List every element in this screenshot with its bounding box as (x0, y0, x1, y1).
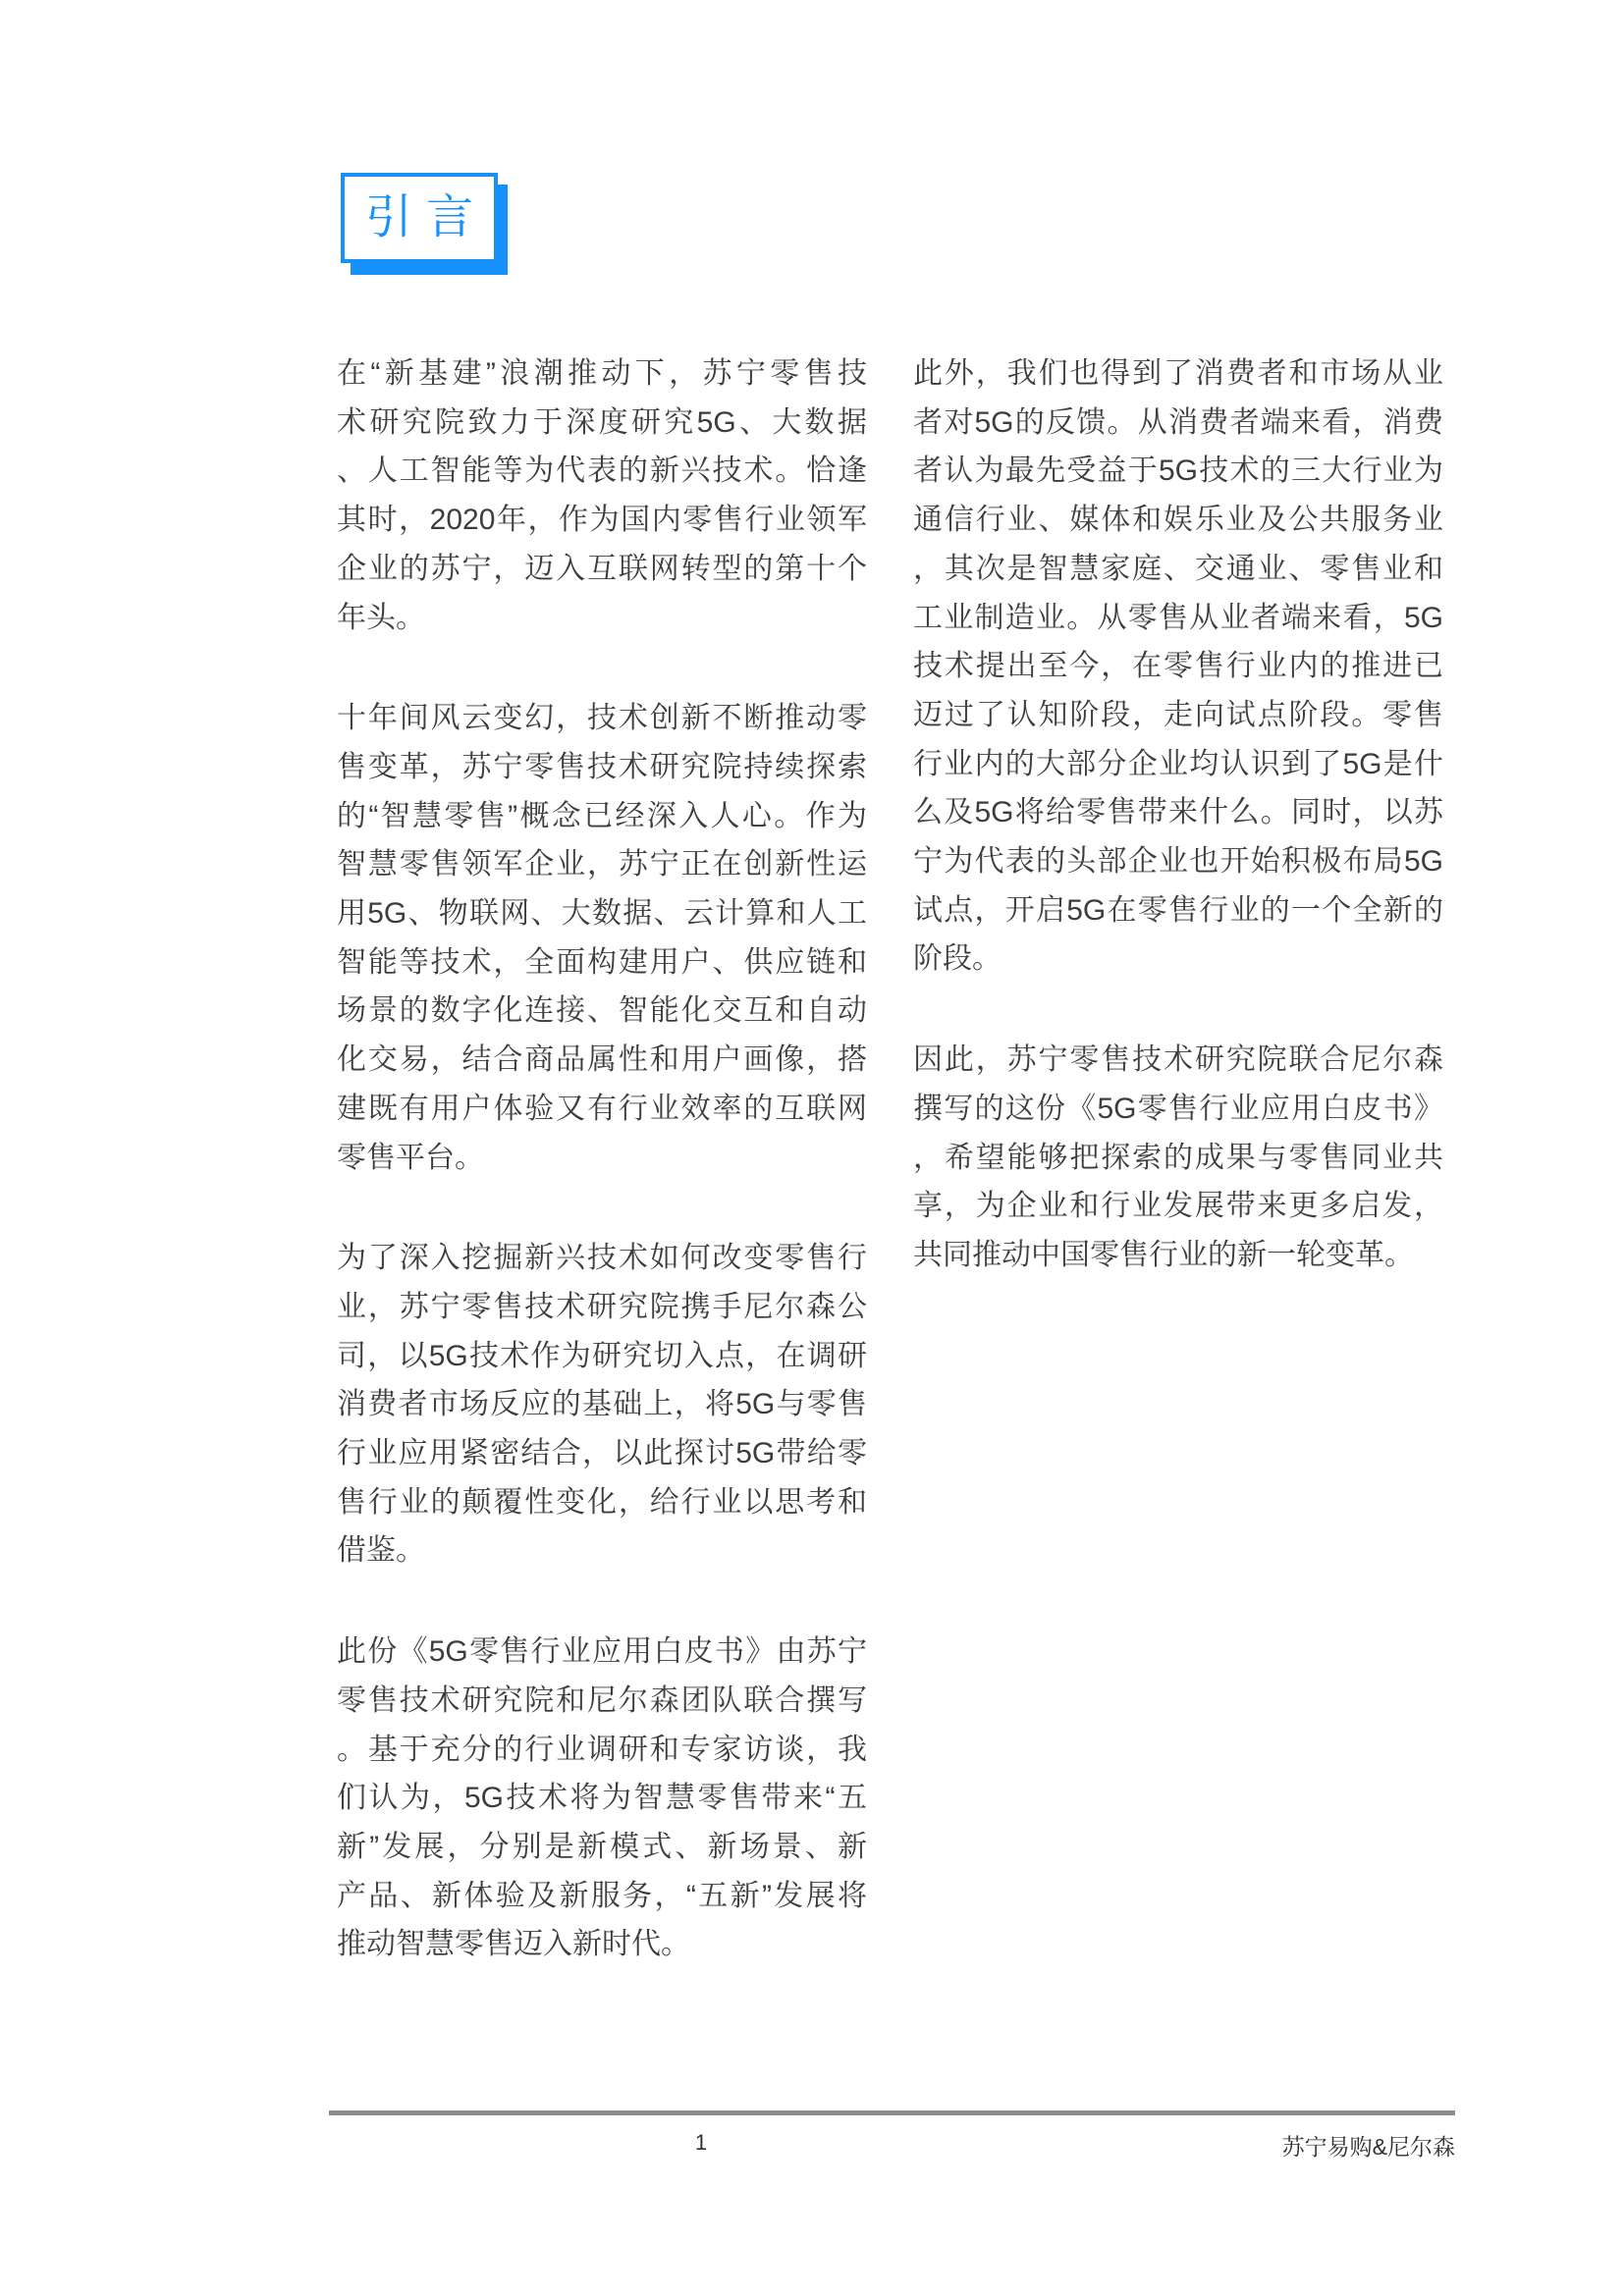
text-line: 行业内的大部分企业均认识到了5G是什 (913, 740, 1443, 789)
text-line: 们认为，5G技术将为智慧零售带来“五 (337, 1774, 867, 1823)
text-line: 为了深入挖掘新兴技术如何改变零售行 (337, 1234, 867, 1283)
paragraph: 在“新基建”浪潮推动下，苏宁零售技术研究院致力于深度研究5G、大数据、人工智能等… (337, 349, 867, 642)
title-box: 引言 (341, 173, 498, 263)
text-line: 撰写的这份《5G零售行业应用白皮书》 (913, 1085, 1443, 1134)
text-line: 年头。 (337, 594, 867, 643)
text-line: 在“新基建”浪潮推动下，苏宁零售技 (337, 349, 867, 399)
text-line: 行业应用紧密结合，以此探讨5G带给零 (337, 1429, 867, 1478)
left-column: 在“新基建”浪潮推动下，苏宁零售技术研究院致力于深度研究5G、大数据、人工智能等… (337, 349, 867, 1969)
text-line: 智能等技术，全面构建用户、供应链和 (337, 938, 867, 988)
text-line: 工业制造业。从零售从业者端来看，5G (913, 594, 1443, 643)
text-line: 十年间风云变幻，技术创新不断推动零 (337, 694, 867, 743)
text-line: 新”发展，分别是新模式、新场景、新 (337, 1823, 867, 1872)
paragraph: 此份《5G零售行业应用白皮书》由苏宁零售技术研究院和尼尔森团队联合撰写。基于充分… (337, 1628, 867, 1969)
paragraph: 十年间风云变幻，技术创新不断推动零售变革，苏宁零售技术研究院持续探索的“智慧零售… (337, 694, 867, 1182)
footer-brand: 苏宁易购&尼尔森 (1282, 2129, 1455, 2162)
text-line: 、人工智能等为代表的新兴技术。恰逢 (337, 447, 867, 496)
text-line: 用5G、物联网、大数据、云计算和人工 (337, 889, 867, 938)
text-line: 试点，开启5G在零售行业的一个全新的 (913, 886, 1443, 935)
text-line: 阶段。 (913, 934, 1443, 984)
right-column: 此外，我们也得到了消费者和市场从业者对5G的反馈。从消费者端来看，消费者认为最先… (913, 349, 1443, 1280)
text-line: 。基于充分的行业调研和专家访谈，我 (337, 1726, 867, 1775)
text-line: 的“智慧零售”概念已经深入人心。作为 (337, 792, 867, 841)
text-line: 智慧零售领军企业，苏宁正在创新性运 (337, 840, 867, 889)
paragraph: 为了深入挖掘新兴技术如何改变零售行业，苏宁零售技术研究院携手尼尔森公司，以5G技… (337, 1234, 867, 1575)
text-line: 此份《5G零售行业应用白皮书》由苏宁 (337, 1628, 867, 1677)
text-line: 司，以5G技术作为研究切入点，在调研 (337, 1332, 867, 1381)
text-line: 么及5G将给零售带来什么。同时，以苏 (913, 788, 1443, 837)
text-line: 借鉴。 (337, 1526, 867, 1575)
text-line: 售行业的颠覆性变化，给行业以思考和 (337, 1478, 867, 1527)
text-line: ，希望能够把探索的成果与零售同业共 (913, 1134, 1443, 1183)
text-line: 化交易，结合商品属性和用户画像，搭 (337, 1036, 867, 1085)
text-line: 场景的数字化连接、智能化交互和自动 (337, 987, 867, 1036)
footer-rule (329, 2110, 1455, 2115)
page-title: 引言 (352, 194, 487, 241)
paragraph: 此外，我们也得到了消费者和市场从业者对5G的反馈。从消费者端来看，消费者认为最先… (913, 349, 1443, 984)
text-line: 零售平台。 (337, 1134, 867, 1183)
text-line: 通信行业、媒体和娱乐业及公共服务业 (913, 496, 1443, 545)
text-line: 者对5G的反馈。从消费者端来看，消费 (913, 399, 1443, 448)
text-line: 者认为最先受益于5G技术的三大行业为 (913, 447, 1443, 496)
section-title-box: 引言 (341, 173, 508, 275)
paragraph: 因此，苏宁零售技术研究院联合尼尔森撰写的这份《5G零售行业应用白皮书》，希望能够… (913, 1036, 1443, 1280)
text-line: 消费者市场反应的基础上，将5G与零售 (337, 1380, 867, 1429)
text-line: 共同推动中国零售行业的新一轮变革。 (913, 1231, 1443, 1280)
text-line: 产品、新体验及新服务，“五新”发展将 (337, 1872, 867, 1921)
page-number: 1 (642, 2130, 760, 2156)
text-line: 企业的苏宁，迈入互联网转型的第十个 (337, 545, 867, 594)
text-line: 零售技术研究院和尼尔森团队联合撰写 (337, 1677, 867, 1726)
text-line: 建既有用户体验又有行业效率的互联网 (337, 1085, 867, 1134)
text-line: 售变革，苏宁零售技术研究院持续探索 (337, 743, 867, 792)
text-line: 技术提出至今，在零售行业内的推进已 (913, 642, 1443, 691)
text-line: 迈过了认知阶段，走向试点阶段。零售 (913, 691, 1443, 740)
text-line: 此外，我们也得到了消费者和市场从业 (913, 349, 1443, 399)
text-line: ，其次是智慧家庭、交通业、零售业和 (913, 545, 1443, 594)
text-line: 因此，苏宁零售技术研究院联合尼尔森 (913, 1036, 1443, 1085)
text-line: 业，苏宁零售技术研究院携手尼尔森公 (337, 1283, 867, 1332)
text-line: 术研究院致力于深度研究5G、大数据 (337, 399, 867, 448)
text-line: 其时，2020年，作为国内零售行业领军 (337, 496, 867, 545)
document-page: 引言 在“新基建”浪潮推动下，苏宁零售技术研究院致力于深度研究5G、大数据、人工… (0, 0, 1624, 2296)
text-line: 推动智慧零售迈入新时代。 (337, 1920, 867, 1969)
text-line: 宁为代表的头部企业也开始积极布局5G (913, 837, 1443, 886)
text-line: 享，为企业和行业发展带来更多启发， (913, 1182, 1443, 1231)
